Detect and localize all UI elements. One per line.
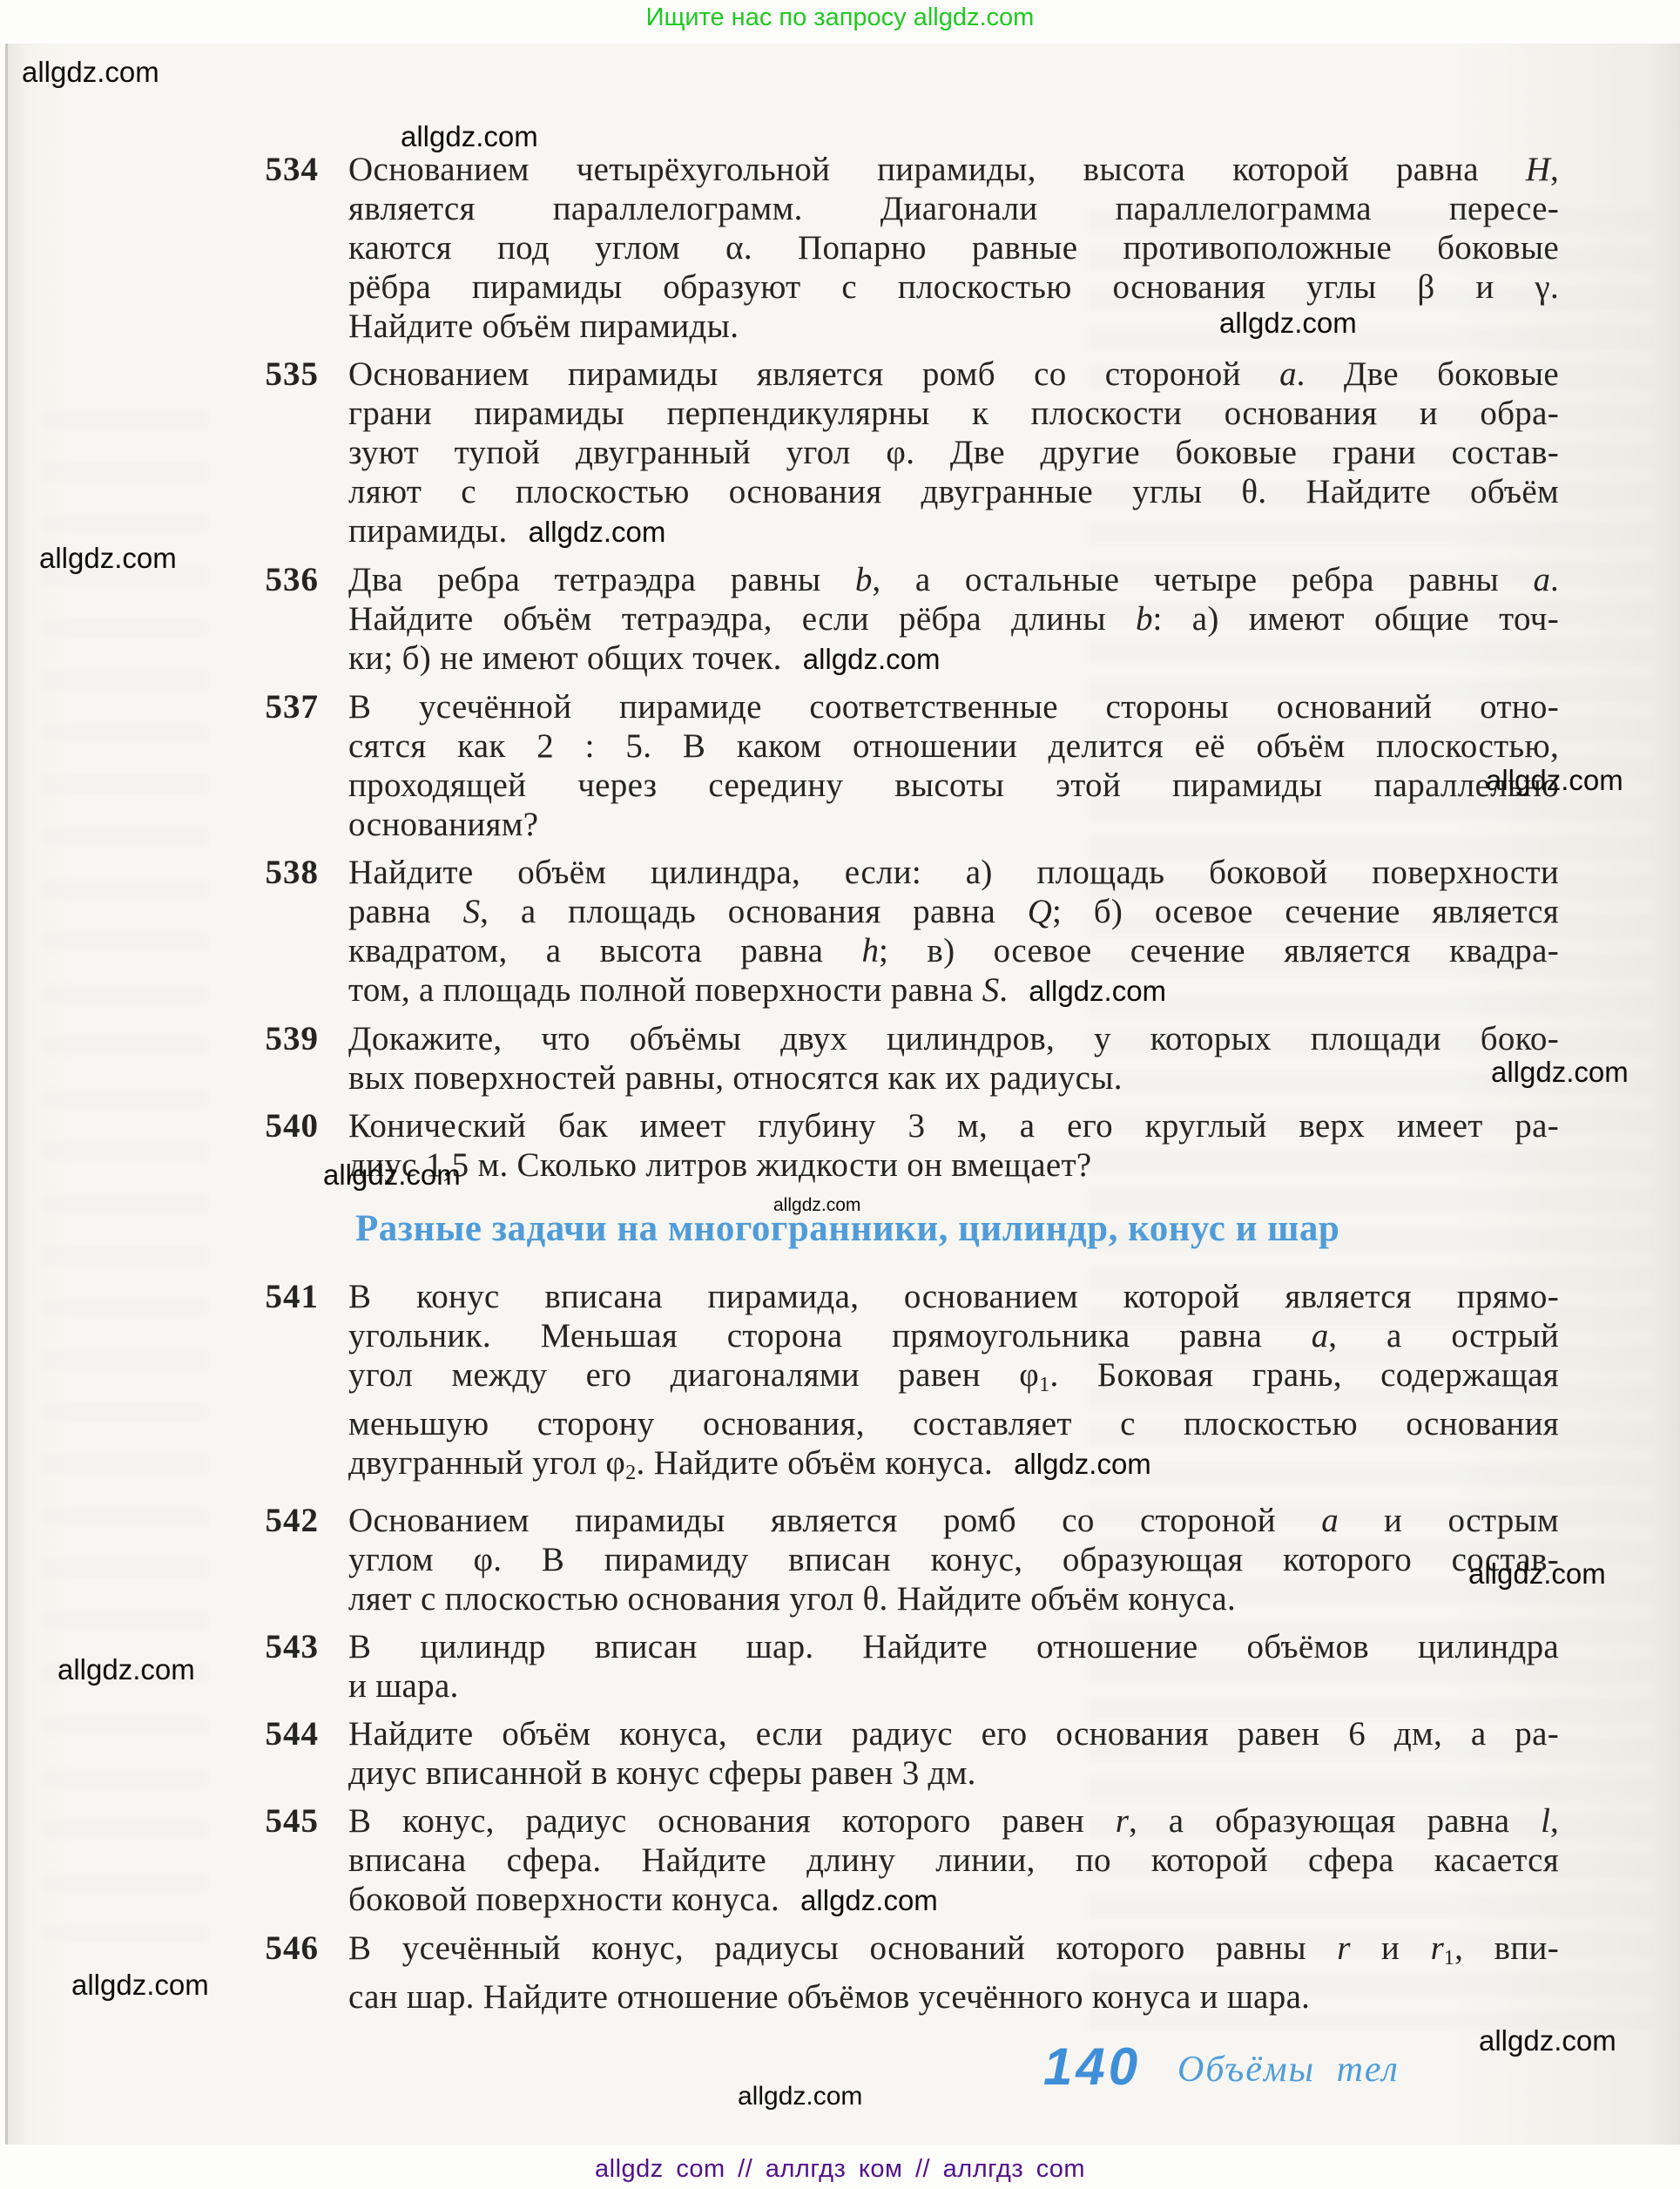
- inline-watermark: allgdz.com: [1014, 1448, 1151, 1480]
- problem-540: 540Конический бак имеет глубину 3 м, а е…: [348, 1106, 1559, 1185]
- watermark: allgdz.com: [1479, 2024, 1616, 2057]
- problem-538: 538Найдите объём цилиндра, если: а) площ…: [348, 853, 1559, 1010]
- chapter-title: Объёмы тел: [1177, 2049, 1400, 2091]
- problem-number: 544: [261, 1714, 319, 1753]
- problem-537: 537В усечённой пирамиде соответственные …: [348, 687, 1559, 844]
- footer-site-line: allgdz com // аллгдз ком // аллгдз com: [0, 2155, 1680, 2184]
- problem-text: Найдите объём конуса, если радиус его ос…: [348, 1714, 1559, 1793]
- problem-text: В усечённой пирамиде соответственные сто…: [348, 687, 1559, 844]
- watermark: allgdz.com: [22, 56, 159, 89]
- problem-text: В конус, радиус основания которого равен…: [348, 1801, 1559, 1920]
- section-heading: Разные задачи на многогранники, цилиндр,…: [355, 1207, 1559, 1251]
- problem-539: 539Докажите, что объёмы двух цилиндров, …: [348, 1019, 1559, 1098]
- problem-541: 541В конус вписана пирамида, основанием …: [348, 1277, 1559, 1492]
- problem-text: Докажите, что объёмы двух цилиндров, у к…: [348, 1019, 1559, 1098]
- problem-number: 543: [261, 1627, 319, 1666]
- problem-number: 537: [261, 687, 319, 726]
- page-number: 140: [1043, 2037, 1141, 2097]
- watermark: allgdz.com: [39, 542, 177, 575]
- problem-list: 534Основанием четырёхугольной пирамиды, …: [348, 150, 1559, 2025]
- watermark: allgdz.com: [1491, 1056, 1629, 1089]
- problem-text: Основанием пирамиды является ромб со сто…: [348, 1501, 1559, 1618]
- inline-watermark: allgdz.com: [803, 643, 941, 675]
- watermark: allgdz.com: [1486, 764, 1623, 797]
- problem-text: В цилиндр вписан шар. Найдите отношение …: [348, 1627, 1559, 1706]
- problem-number: 542: [261, 1501, 319, 1540]
- problem-546: 546В усечённый конус, радиусы оснований …: [348, 1929, 1559, 2017]
- watermark: allgdz.com: [401, 120, 538, 153]
- inline-watermark: allgdz.com: [800, 1884, 938, 1916]
- problem-534: 534Основанием четырёхугольной пирамиды, …: [348, 150, 1559, 346]
- problem-number: 535: [261, 355, 319, 394]
- watermark: allgdz.com: [71, 1969, 209, 2002]
- watermark: allgdz.com: [1219, 307, 1357, 340]
- problem-text: Основанием четырёхугольной пирамиды, выс…: [348, 150, 1559, 346]
- problem-number: 546: [261, 1929, 319, 1968]
- problem-text: В конус вписана пирамида, основанием кот…: [348, 1277, 1559, 1492]
- problem-536: 536Два ребра тетраэдра равны b, а осталь…: [348, 560, 1559, 679]
- problem-544: 544Найдите объём конуса, если радиус его…: [348, 1714, 1559, 1793]
- problem-542: 542Основанием пирамиды является ромб со …: [348, 1501, 1559, 1618]
- problem-number: 545: [261, 1801, 319, 1841]
- problem-545: 545В конус, радиус основания которого ра…: [348, 1801, 1559, 1920]
- problem-text: Основанием пирамиды является ромб со сто…: [348, 355, 1559, 551]
- bleed-through-ghost-left: [43, 409, 208, 1942]
- problem-number: 541: [261, 1277, 319, 1316]
- problem-text: Два ребра тетраэдра равны b, а остальные…: [348, 560, 1559, 679]
- problem-535: 535Основанием пирамиды является ромб со …: [348, 355, 1559, 551]
- problem-number: 539: [261, 1019, 319, 1058]
- watermark: allgdz.com: [57, 1653, 195, 1686]
- watermark: allgdz.com: [773, 1195, 860, 1216]
- watermark: allgdz.com: [1468, 1557, 1606, 1591]
- watermark: allgdz.com: [323, 1159, 461, 1192]
- problem-543: 543В цилиндр вписан шар. Найдите отношен…: [348, 1627, 1559, 1706]
- problem-text: В усечённый конус, радиусы оснований кот…: [348, 1929, 1559, 2017]
- watermark: allgdz.com: [738, 2082, 862, 2111]
- problem-number: 534: [261, 150, 319, 189]
- inline-watermark: allgdz.com: [1029, 975, 1166, 1007]
- problem-text: Найдите объём цилиндра, если: а) площадь…: [348, 853, 1559, 1010]
- promo-banner: Ищите нас по запросу allgdz.com: [0, 3, 1680, 32]
- problem-number: 538: [261, 853, 319, 892]
- problem-number: 540: [261, 1106, 319, 1145]
- screenshot-root: Ищите нас по запросу allgdz.com 534Основ…: [0, 0, 1680, 2189]
- problem-number: 536: [261, 560, 319, 599]
- problem-text: Конический бак имеет глубину 3 м, а его …: [348, 1106, 1559, 1185]
- inline-watermark: allgdz.com: [529, 516, 666, 548]
